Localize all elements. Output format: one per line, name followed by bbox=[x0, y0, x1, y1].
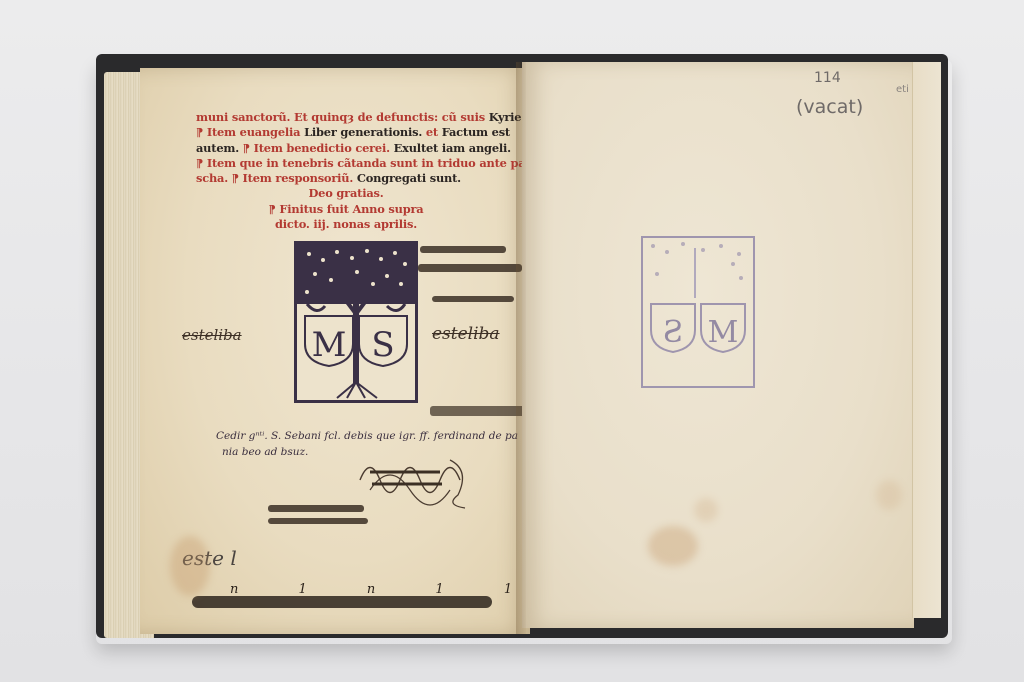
black-text: Exultet iam angeli. bbox=[390, 141, 511, 155]
tree-shield-device-icon: M S bbox=[297, 244, 415, 400]
paper-stain bbox=[170, 536, 210, 596]
svg-text:S: S bbox=[371, 325, 394, 365]
edge-pencil-note: eti bbox=[896, 84, 909, 95]
ink-scribble bbox=[418, 264, 522, 272]
ink-scribble bbox=[432, 296, 514, 302]
date-text: dicto. iij. nonas aprilis. bbox=[196, 217, 536, 232]
struck-marginal-note-right: esteliba bbox=[432, 324, 500, 344]
black-text: Congregati sunt. bbox=[353, 171, 461, 185]
svg-text:S: S bbox=[663, 315, 684, 350]
rubric-text: scha. ⁋ Item responsoriũ. bbox=[196, 171, 353, 185]
rubric-text: muni sanctorũ. Et quinqȝ de defunctis: c… bbox=[196, 110, 485, 124]
rubric-text: ⁋ Item que in tenebris cãtanda sunt in t… bbox=[196, 156, 525, 170]
paper-stain bbox=[876, 480, 902, 510]
struck-marginal-note-left: esteliba bbox=[182, 326, 242, 344]
colophon-line: ⁋ Finitus fuit Anno supra bbox=[196, 202, 536, 217]
ink-scribble bbox=[430, 406, 526, 416]
pencil-folio-number: 114 bbox=[814, 70, 841, 86]
offset-printers-device: S M bbox=[641, 236, 755, 388]
colophon-line: muni sanctorũ. Et quinqȝ de defunctis: c… bbox=[196, 110, 536, 125]
bottom-ink-strike bbox=[192, 596, 492, 608]
rubric-text: et bbox=[422, 125, 438, 139]
colophon-line: Deo gratias. bbox=[196, 186, 536, 201]
bottom-ink-marks: n 1 n 1 1 bbox=[230, 582, 540, 597]
printers-device: M S bbox=[294, 241, 418, 403]
ink-scribble bbox=[268, 518, 368, 524]
deo-gratias-text: Deo gratias. bbox=[196, 186, 536, 201]
rubric-text: ⁋ Item euangelia bbox=[196, 125, 300, 139]
book-gutter bbox=[516, 62, 526, 634]
flyleaf-edge bbox=[912, 62, 941, 618]
rubric-text: ⁋ Item benedictio cerei. bbox=[239, 141, 390, 155]
svg-text:M: M bbox=[312, 325, 347, 365]
colophon-line: dicto. iij. nonas aprilis. bbox=[196, 217, 536, 232]
colophon-line: scha. ⁋ Item responsoriũ. Congregati sun… bbox=[196, 171, 536, 186]
pencil-vacat-note: (vacat) bbox=[796, 96, 863, 118]
offset-tree-shield-icon: S M bbox=[643, 238, 753, 386]
svg-text:M: M bbox=[708, 315, 739, 350]
colophon-line: ⁋ Item que in tenebris cãtanda sunt in t… bbox=[196, 156, 536, 171]
inscription-line-2: nia beo ad bsuz. bbox=[222, 446, 308, 458]
ink-scribble bbox=[268, 505, 364, 512]
black-text: Liber generationis. bbox=[300, 125, 422, 139]
paper-stain bbox=[694, 498, 718, 522]
black-text: autem. bbox=[196, 141, 239, 155]
inscription-line-1: Cedir gⁿᵗⁱ. S. Sebani fcl. debis que igr… bbox=[216, 430, 518, 442]
black-text: Factum est bbox=[438, 125, 510, 139]
paper-stain bbox=[648, 526, 698, 566]
colophon-text: muni sanctorũ. Et quinqȝ de defunctis: c… bbox=[196, 110, 536, 232]
colophon-line: ⁋ Item euangelia Liber generationis. et … bbox=[196, 125, 536, 140]
ink-scribble bbox=[420, 246, 506, 253]
signature-flourish-icon bbox=[350, 450, 480, 510]
finitus-text: ⁋ Finitus fuit Anno supra bbox=[196, 202, 536, 217]
colophon-line: autem. ⁋ Item benedictio cerei. Exultet … bbox=[196, 141, 536, 156]
